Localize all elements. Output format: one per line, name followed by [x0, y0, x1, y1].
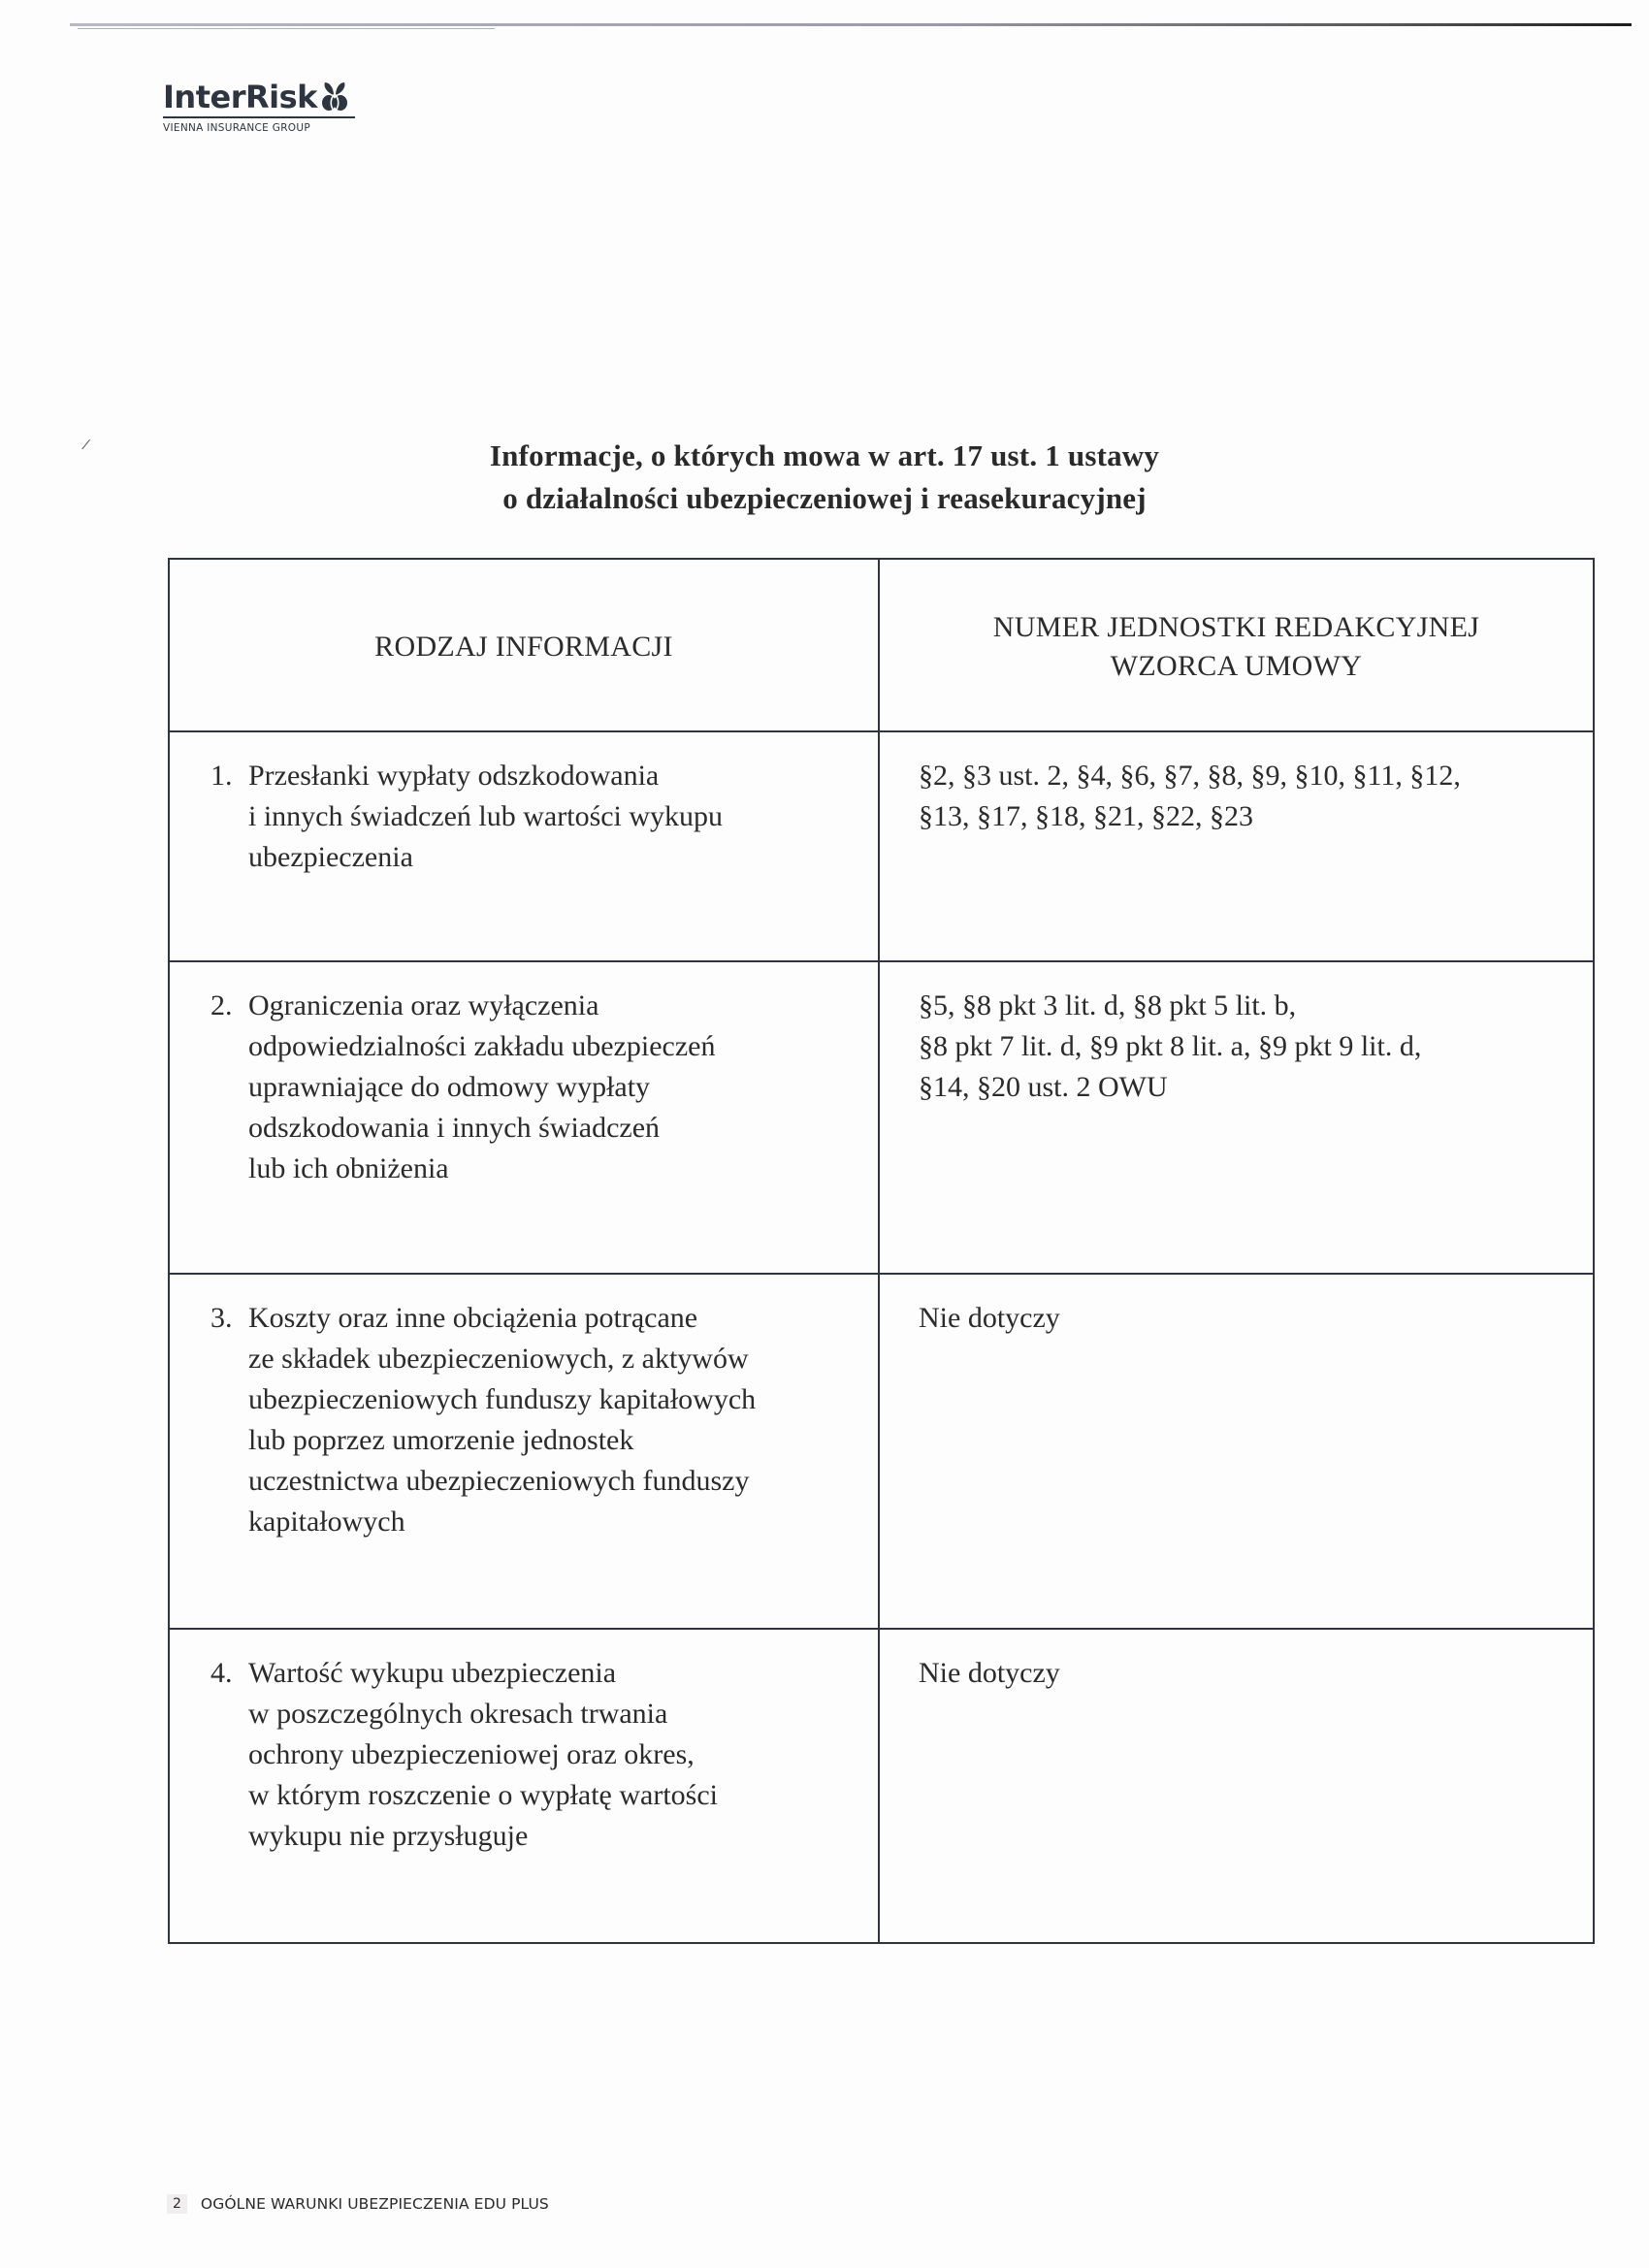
- document-title: Informacje, o których mowa w art. 17 ust…: [0, 435, 1649, 520]
- top-rule-thin: [78, 28, 495, 29]
- page-footer: 2 OGÓLNE WARUNKI UBEZPIECZENIA EDU PLUS: [167, 2194, 549, 2214]
- unit-cell: Nie dotyczy: [879, 1274, 1594, 1629]
- table-row: 1. Przesłanki wypłaty odszkodowania i in…: [169, 731, 1594, 961]
- logo-underline: [163, 116, 355, 118]
- unit-cell: §2, §3 ust. 2, §4, §6, §7, §8, §9, §10, …: [879, 731, 1594, 961]
- logo-brand-text: InterRisk: [163, 81, 317, 113]
- info-cell: 1. Przesłanki wypłaty odszkodowania i in…: [169, 731, 879, 961]
- item-number: 1.: [210, 756, 248, 878]
- logo-subtitle: VIENNA INSURANCE GROUP: [163, 122, 367, 134]
- info-cell: 4. Wartość wykupu ubezpieczenia w poszcz…: [169, 1629, 879, 1943]
- page-number: 2: [167, 2194, 187, 2214]
- interrisk-logo: InterRisk VIENNA INSURANCE GROUP: [163, 81, 367, 134]
- item-number: 4.: [210, 1653, 248, 1857]
- header-editorial-unit: NUMER JEDNOSTKI REDAKCYJNEJ WZORCA UMOWY: [879, 559, 1594, 731]
- item-text: Koszty oraz inne obciążenia potrącane ze…: [248, 1298, 756, 1542]
- item-text: Ograniczenia oraz wyłączenia odpowiedzia…: [248, 986, 715, 1189]
- table-row: 3. Koszty oraz inne obciążenia potrącane…: [169, 1274, 1594, 1629]
- info-cell: 2. Ograniczenia oraz wyłączenia odpowied…: [169, 961, 879, 1274]
- item-text: Wartość wykupu ubezpieczenia w poszczegó…: [248, 1653, 718, 1857]
- item-text: Przesłanki wypłaty odszkodowania i innyc…: [248, 756, 723, 878]
- table-row: 2. Ograniczenia oraz wyłączenia odpowied…: [169, 961, 1594, 1274]
- butterfly-logo-icon: [320, 81, 349, 113]
- top-rule: [70, 23, 1632, 26]
- title-line-1: Informacje, o których mowa w art. 17 ust…: [0, 435, 1649, 477]
- table-row: 4. Wartość wykupu ubezpieczenia w poszcz…: [169, 1629, 1594, 1943]
- information-table: RODZAJ INFORMACJI NUMER JEDNOSTKI REDAKC…: [168, 558, 1595, 1944]
- unit-cell: §5, §8 pkt 3 lit. d, §8 pkt 5 lit. b, §8…: [879, 961, 1594, 1274]
- title-line-2: o działalności ubezpieczeniowej i reasek…: [0, 477, 1649, 520]
- item-number: 3.: [210, 1298, 248, 1542]
- info-cell: 3. Koszty oraz inne obciążenia potrącane…: [169, 1274, 879, 1629]
- unit-cell: Nie dotyczy: [879, 1629, 1594, 1943]
- footer-document-title: OGÓLNE WARUNKI UBEZPIECZENIA EDU PLUS: [201, 2195, 549, 2213]
- item-number: 2.: [210, 986, 248, 1189]
- header-information-type: RODZAJ INFORMACJI: [169, 559, 879, 731]
- table-header-row: RODZAJ INFORMACJI NUMER JEDNOSTKI REDAKC…: [169, 559, 1594, 731]
